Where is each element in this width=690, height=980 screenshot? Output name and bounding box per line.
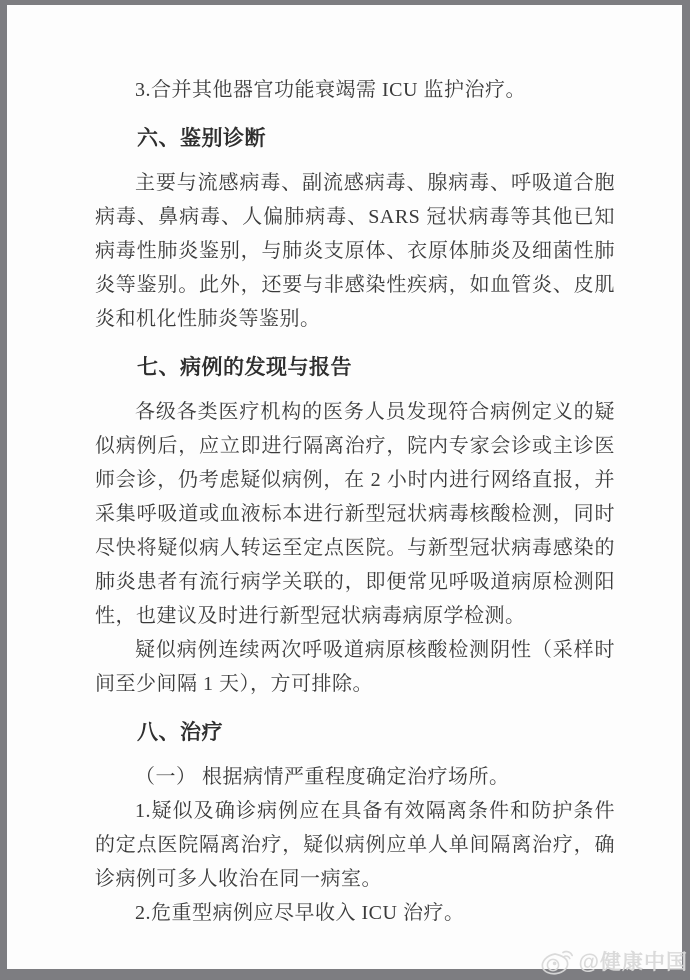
section-heading-6: 六、鉴别诊断 <box>95 122 615 156</box>
section-heading-8: 八、治疗 <box>95 716 615 750</box>
section-heading-7: 七、病例的发现与报告 <box>95 351 615 385</box>
photo-frame: 3.合并其他器官功能衰竭需 ICU 监护治疗。 六、鉴别诊断 主要与流感病毒、副… <box>0 0 690 980</box>
document-page: 3.合并其他器官功能衰竭需 ICU 监护治疗。 六、鉴别诊断 主要与流感病毒、副… <box>7 5 682 969</box>
weibo-icon <box>539 946 575 976</box>
document-content: 3.合并其他器官功能衰竭需 ICU 监护治疗。 六、鉴别诊断 主要与流感病毒、副… <box>95 73 615 930</box>
paragraph-isolation: 1.疑似及确诊病例应在具备有效隔离条件和防护条件的定点医院隔离治疗，疑似病例应单… <box>95 794 615 896</box>
watermark-handle: @健康中国 <box>579 946 688 976</box>
paragraph-icu-admission: 2.危重型病例应尽早收入 ICU 治疗。 <box>95 896 615 930</box>
paragraph-exclusion: 疑似病例连续两次呼吸道病原核酸检测阴性（采样时间至少间隔 1 天），方可排除。 <box>95 633 615 701</box>
watermark: @健康中国 <box>539 946 688 976</box>
paragraph-place-rule: （一） 根据病情严重程度确定治疗场所。 <box>95 760 615 794</box>
paragraph-differential: 主要与流感病毒、副流感病毒、腺病毒、呼吸道合胞病毒、鼻病毒、人偏肺病毒、SARS… <box>95 166 615 336</box>
paragraph-icu-note: 3.合并其他器官功能衰竭需 ICU 监护治疗。 <box>95 73 615 107</box>
paragraph-reporting: 各级各类医疗机构的医务人员发现符合病例定义的疑似病例后，应立即进行隔离治疗，院内… <box>95 395 615 633</box>
